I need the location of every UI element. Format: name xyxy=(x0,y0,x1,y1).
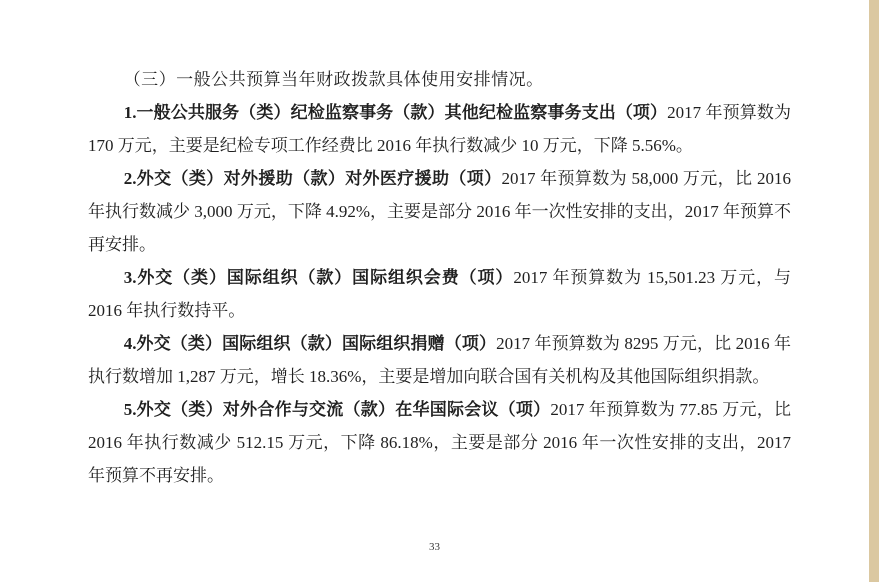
budget-item-paragraph-1: 1.一般公共服务（类）纪检监察事务（款）其他纪检监察事务支出（项）2017 年预… xyxy=(88,96,791,162)
document-page: （三）一般公共预算当年财政拨款具体使用安排情况。 1.一般公共服务（类）纪检监察… xyxy=(0,0,879,582)
paragraph-lead: 4.外交（类）国际组织（款）国际组织捐赠（项） xyxy=(124,334,496,353)
budget-item-paragraph-4: 4.外交（类）国际组织（款）国际组织捐赠（项）2017 年预算数为 8295 万… xyxy=(88,327,791,393)
budget-item-paragraph-2: 2.外交（类）对外援助（款）对外医疗援助（项）2017 年预算数为 58,000… xyxy=(88,162,791,261)
paragraph-lead: 1.一般公共服务（类）纪检监察事务（款）其他纪检监察事务支出（项） xyxy=(124,103,667,122)
page-number: 33 xyxy=(0,539,869,555)
budget-item-paragraph-3: 3.外交（类）国际组织（款）国际组织会费（项）2017 年预算数为 15,501… xyxy=(88,261,791,327)
document-body: （三）一般公共预算当年财政拨款具体使用安排情况。 1.一般公共服务（类）纪检监察… xyxy=(88,63,791,492)
budget-item-paragraph-5: 5.外交（类）对外合作与交流（款）在华国际会议（项）2017 年预算数为 77.… xyxy=(88,393,791,492)
paragraph-lead: 3.外交（类）国际组织（款）国际组织会费（项） xyxy=(124,268,514,287)
section-heading: （三）一般公共预算当年财政拨款具体使用安排情况。 xyxy=(88,63,791,96)
page-edge-stripe xyxy=(869,0,879,582)
paragraph-lead: 2.外交（类）对外援助（款）对外医疗援助（项） xyxy=(124,169,502,188)
paragraph-lead: 5.外交（类）对外合作与交流（款）在华国际会议（项） xyxy=(124,400,551,419)
